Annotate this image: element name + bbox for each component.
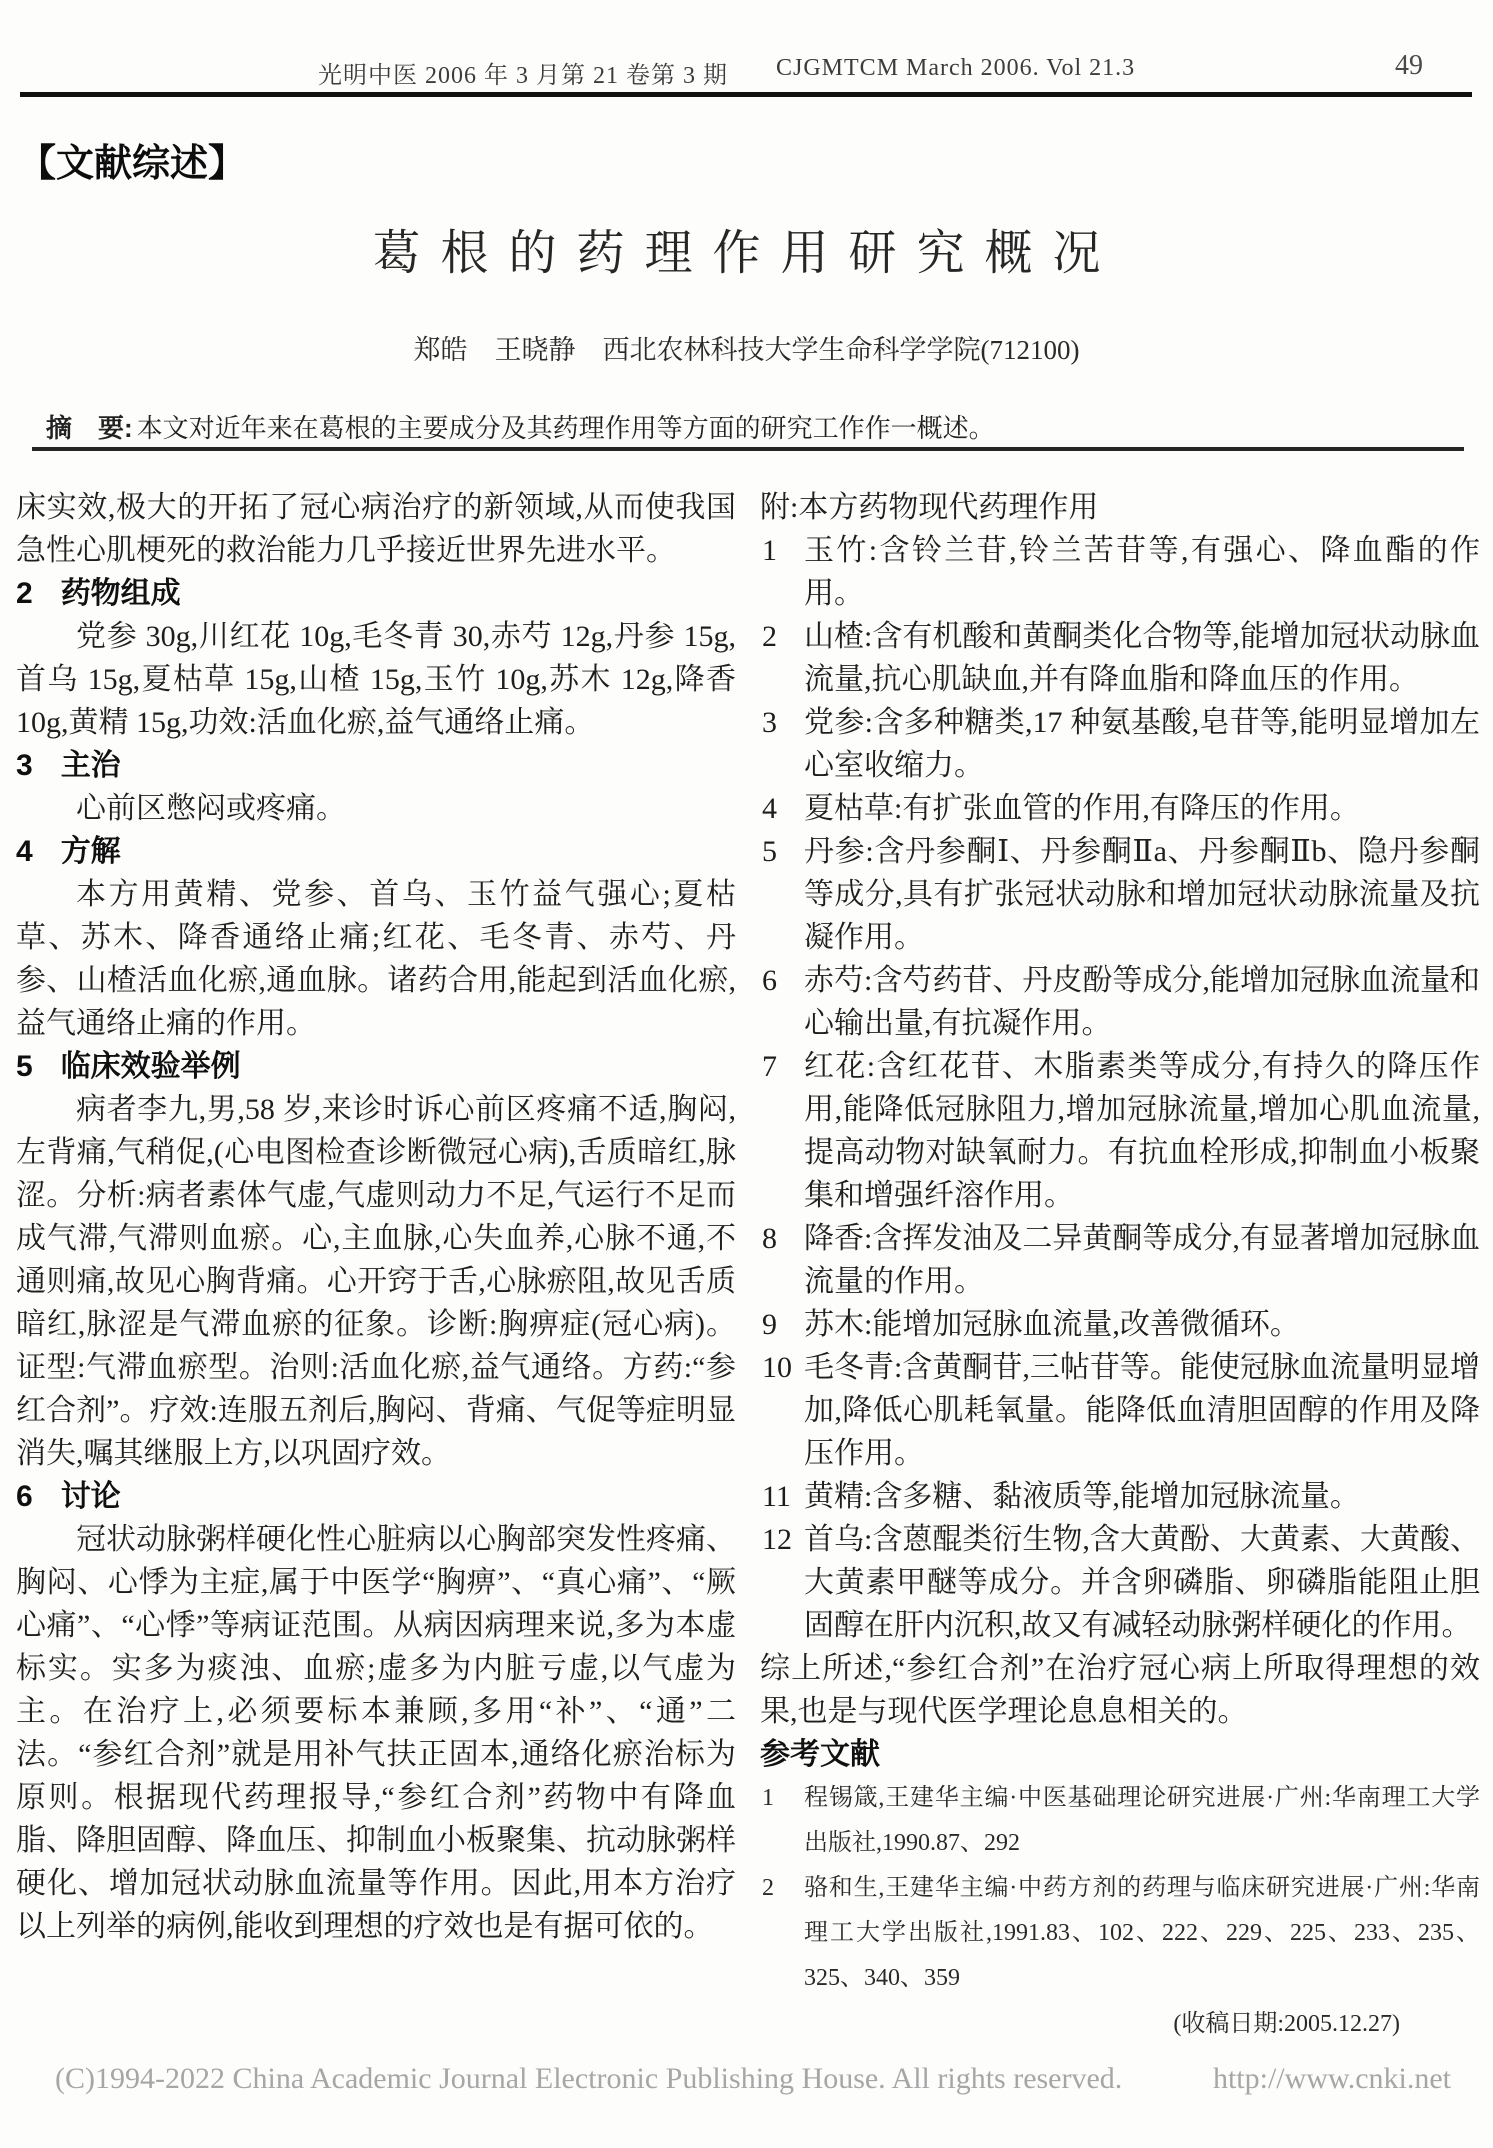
item-number: 10 [762, 1346, 792, 1389]
section-number: 2 [16, 577, 33, 610]
section-number: 4 [16, 835, 33, 868]
pharmacology-item: 5丹参:含丹参酮Ⅰ、丹参酮Ⅱa、丹参酮Ⅱb、隐丹参酮等成分,具有扩张冠状动脉和增… [760, 830, 1480, 959]
pharmacology-item: 8降香:含挥发油及二异黄酮等成分,有显著增加冠脉血流量的作用。 [760, 1217, 1480, 1303]
item-text: 党参:含多种糖类,17 种氨基酸,皂苷等,能明显增加左心室收缩力。 [804, 706, 1480, 782]
pharmacology-item: 9苏木:能增加冠脉血流量,改善微循环。 [760, 1303, 1480, 1346]
section-heading-discussion: 6讨论 [16, 1475, 736, 1518]
item-text: 降香:含挥发油及二异黄酮等成分,有显著增加冠脉血流量的作用。 [804, 1222, 1480, 1298]
abstract-label: 摘 要: [46, 413, 133, 443]
reference-text: 程锡箴,王建华主编·中医基础理论研究进展·广州:华南理工大学出版社,1990.8… [804, 1785, 1480, 1856]
section-paragraph: 心前区憋闷或疼痛。 [16, 787, 736, 830]
right-column: 附:本方药物现代药理作用 1玉竹:含铃兰苷,铃兰苦苷等,有强心、降血酯的作用。 … [760, 486, 1480, 2047]
attachment-title: 附:本方药物现代药理作用 [760, 486, 1480, 529]
item-text: 毛冬青:含黄酮苷,三帖苷等。能使冠脉血流量明显增加,降低心肌耗氧量。能降低血清胆… [804, 1351, 1480, 1470]
section-number: 6 [16, 1480, 33, 1513]
page-number: 49 [1395, 50, 1423, 82]
watermark-url: http://www.cnki.net [1213, 2062, 1451, 2096]
section-number: 5 [16, 1050, 33, 1083]
running-head: 光明中医 2006 年 3 月第 21 卷第 3 期 CJGMTCM March… [318, 55, 1135, 90]
left-column: 床实效,极大的开拓了冠心病治疗的新领域,从而使我国急性心肌梗死的救治能力几乎接近… [16, 486, 736, 2047]
item-number: 5 [762, 830, 777, 873]
abstract-text: 本文对近年来在葛根的主要成分及其药理作用等方面的研究工作作一概述。 [137, 414, 995, 443]
reference-text: 骆和生,王建华主编·中药方剂的药理与临床研究进展·广州:华南理工大学出版社,19… [804, 1875, 1480, 1991]
item-number: 8 [762, 1217, 777, 1260]
authors-affiliation: 郑皓 王晓静 西北农林科技大学生命科学学院(712100) [0, 328, 1493, 367]
references-heading: 参考文献 [760, 1733, 1480, 1776]
item-text: 夏枯草:有扩张血管的作用,有降压的作用。 [804, 792, 1360, 825]
item-text: 苏木:能增加冠脉血流量,改善微循环。 [804, 1308, 1300, 1341]
reference-item: 1程锡箴,王建华主编·中医基础理论研究进展·广州:华南理工大学出版社,1990.… [760, 1776, 1480, 1866]
section-heading-label: 药物组成 [61, 577, 181, 610]
item-number: 12 [762, 1518, 792, 1561]
section-heading-indication: 3主治 [16, 744, 736, 787]
section-heading-drug-composition: 2药物组成 [16, 572, 736, 615]
reference-item: 2骆和生,王建华主编·中药方剂的药理与临床研究进展·广州:华南理工大学出版社,1… [760, 1866, 1480, 2001]
section-heading-label: 主治 [61, 749, 121, 782]
item-text: 黄精:含多糖、黏液质等,能增加冠脉流量。 [804, 1480, 1360, 1513]
section-number: 3 [16, 749, 33, 782]
pharmacology-item: 12首乌:含蒽醌类衍生物,含大黄酚、大黄素、大黄酸、大黄素甲醚等成分。并含卵磷脂… [760, 1518, 1480, 1647]
body-columns: 床实效,极大的开拓了冠心病治疗的新领域,从而使我国急性心肌梗死的救治能力几乎接近… [16, 486, 1480, 2047]
cnki-watermark: (C)1994-2022 China Academic Journal Elec… [55, 2062, 1451, 2096]
journal-title-cn: 光明中医 2006 年 3 月第 21 卷第 3 期 [318, 55, 728, 90]
item-text: 赤芍:含芍药苷、丹皮酚等成分,能增加冠脉血流量和心输出量,有抗凝作用。 [804, 964, 1480, 1040]
section-heading-clinical-case: 5临床效验举例 [16, 1045, 736, 1088]
pharmacology-item: 10毛冬青:含黄酮苷,三帖苷等。能使冠脉血流量明显增加,降低心肌耗氧量。能降低血… [760, 1346, 1480, 1475]
section-heading-label: 讨论 [61, 1480, 121, 1513]
closing-paragraph: 综上所述,“参红合剂”在治疗冠心病上所取得理想的效果,也是与现代医学理论息息相关… [760, 1647, 1480, 1733]
column-section-label: 【文献综述】 [18, 132, 246, 187]
section-paragraph: 本方用黄精、党参、首乌、玉竹益气强心;夏枯草、苏木、降香通络止痛;红花、毛冬青、… [16, 873, 736, 1045]
item-number: 9 [762, 1303, 777, 1346]
section-paragraph: 冠状动脉粥样硬化性心脏病以心胸部突发性疼痛、胸闷、心悸为主症,属于中医学“胸痹”… [16, 1518, 736, 1948]
journal-page: 光明中医 2006 年 3 月第 21 卷第 3 期 CJGMTCM March… [0, 0, 1493, 2148]
item-number: 11 [762, 1475, 791, 1518]
item-number: 1 [762, 529, 777, 572]
item-text: 玉竹:含铃兰苷,铃兰苦苷等,有强心、降血酯的作用。 [804, 534, 1480, 610]
received-date: (收稿日期:2005.12.27) [760, 2001, 1480, 2047]
item-text: 首乌:含蒽醌类衍生物,含大黄酚、大黄素、大黄酸、大黄素甲醚等成分。并含卵磷脂、卵… [804, 1523, 1480, 1642]
item-text: 山楂:含有机酸和黄酮类化合物等,能增加冠状动脉血流量,抗心肌缺血,并有降血脂和降… [804, 620, 1480, 696]
item-number: 4 [762, 787, 777, 830]
intro-paragraph: 床实效,极大的开拓了冠心病治疗的新领域,从而使我国急性心肌梗死的救治能力几乎接近… [16, 486, 736, 572]
item-number: 2 [762, 615, 777, 658]
section-paragraph: 党参 30g,川红花 10g,毛冬青 30,赤芍 12g,丹参 15g,首乌 1… [16, 615, 736, 744]
pharmacology-item: 7红花:含红花苷、木脂素类等成分,有持久的降压作用,能降低冠脉阻力,增加冠脉流量… [760, 1045, 1480, 1217]
pharmacology-item: 1玉竹:含铃兰苷,铃兰苦苷等,有强心、降血酯的作用。 [760, 529, 1480, 615]
section-paragraph: 病者李九,男,58 岁,来诊时诉心前区疼痛不适,胸闷,左背痛,气稍促,(心电图检… [16, 1088, 736, 1475]
section-heading-label: 临床效验举例 [61, 1050, 241, 1083]
abstract-line: 摘 要:本文对近年来在葛根的主要成分及其药理作用等方面的研究工作作一概述。 [46, 408, 1246, 445]
item-number: 7 [762, 1045, 777, 1088]
pharmacology-item: 2山楂:含有机酸和黄酮类化合物等,能增加冠状动脉血流量,抗心肌缺血,并有降血脂和… [760, 615, 1480, 701]
pharmacology-item: 3党参:含多种糖类,17 种氨基酸,皂苷等,能明显增加左心室收缩力。 [760, 701, 1480, 787]
abstract-rule [32, 447, 1464, 451]
pharmacology-item: 11黄精:含多糖、黏液质等,能增加冠脉流量。 [760, 1475, 1480, 1518]
journal-title-en: CJGMTCM March 2006. Vol 21.3 [776, 55, 1135, 90]
section-heading-label: 方解 [61, 835, 121, 868]
reference-number: 2 [762, 1866, 774, 1911]
pharmacology-item: 4夏枯草:有扩张血管的作用,有降压的作用。 [760, 787, 1480, 830]
header-rule [20, 92, 1472, 97]
pharmacology-item: 6赤芍:含芍药苷、丹皮酚等成分,能增加冠脉血流量和心输出量,有抗凝作用。 [760, 959, 1480, 1045]
watermark-text: (C)1994-2022 China Academic Journal Elec… [55, 2062, 1122, 2096]
item-number: 3 [762, 701, 777, 744]
item-text: 丹参:含丹参酮Ⅰ、丹参酮Ⅱa、丹参酮Ⅱb、隐丹参酮等成分,具有扩张冠状动脉和增加… [804, 835, 1480, 954]
reference-number: 1 [762, 1776, 774, 1821]
article-title: 葛根的药理作用研究概况 [0, 214, 1493, 283]
section-heading-formula-analysis: 4方解 [16, 830, 736, 873]
item-number: 6 [762, 959, 777, 1002]
item-text: 红花:含红花苷、木脂素类等成分,有持久的降压作用,能降低冠脉阻力,增加冠脉流量,… [804, 1050, 1480, 1212]
